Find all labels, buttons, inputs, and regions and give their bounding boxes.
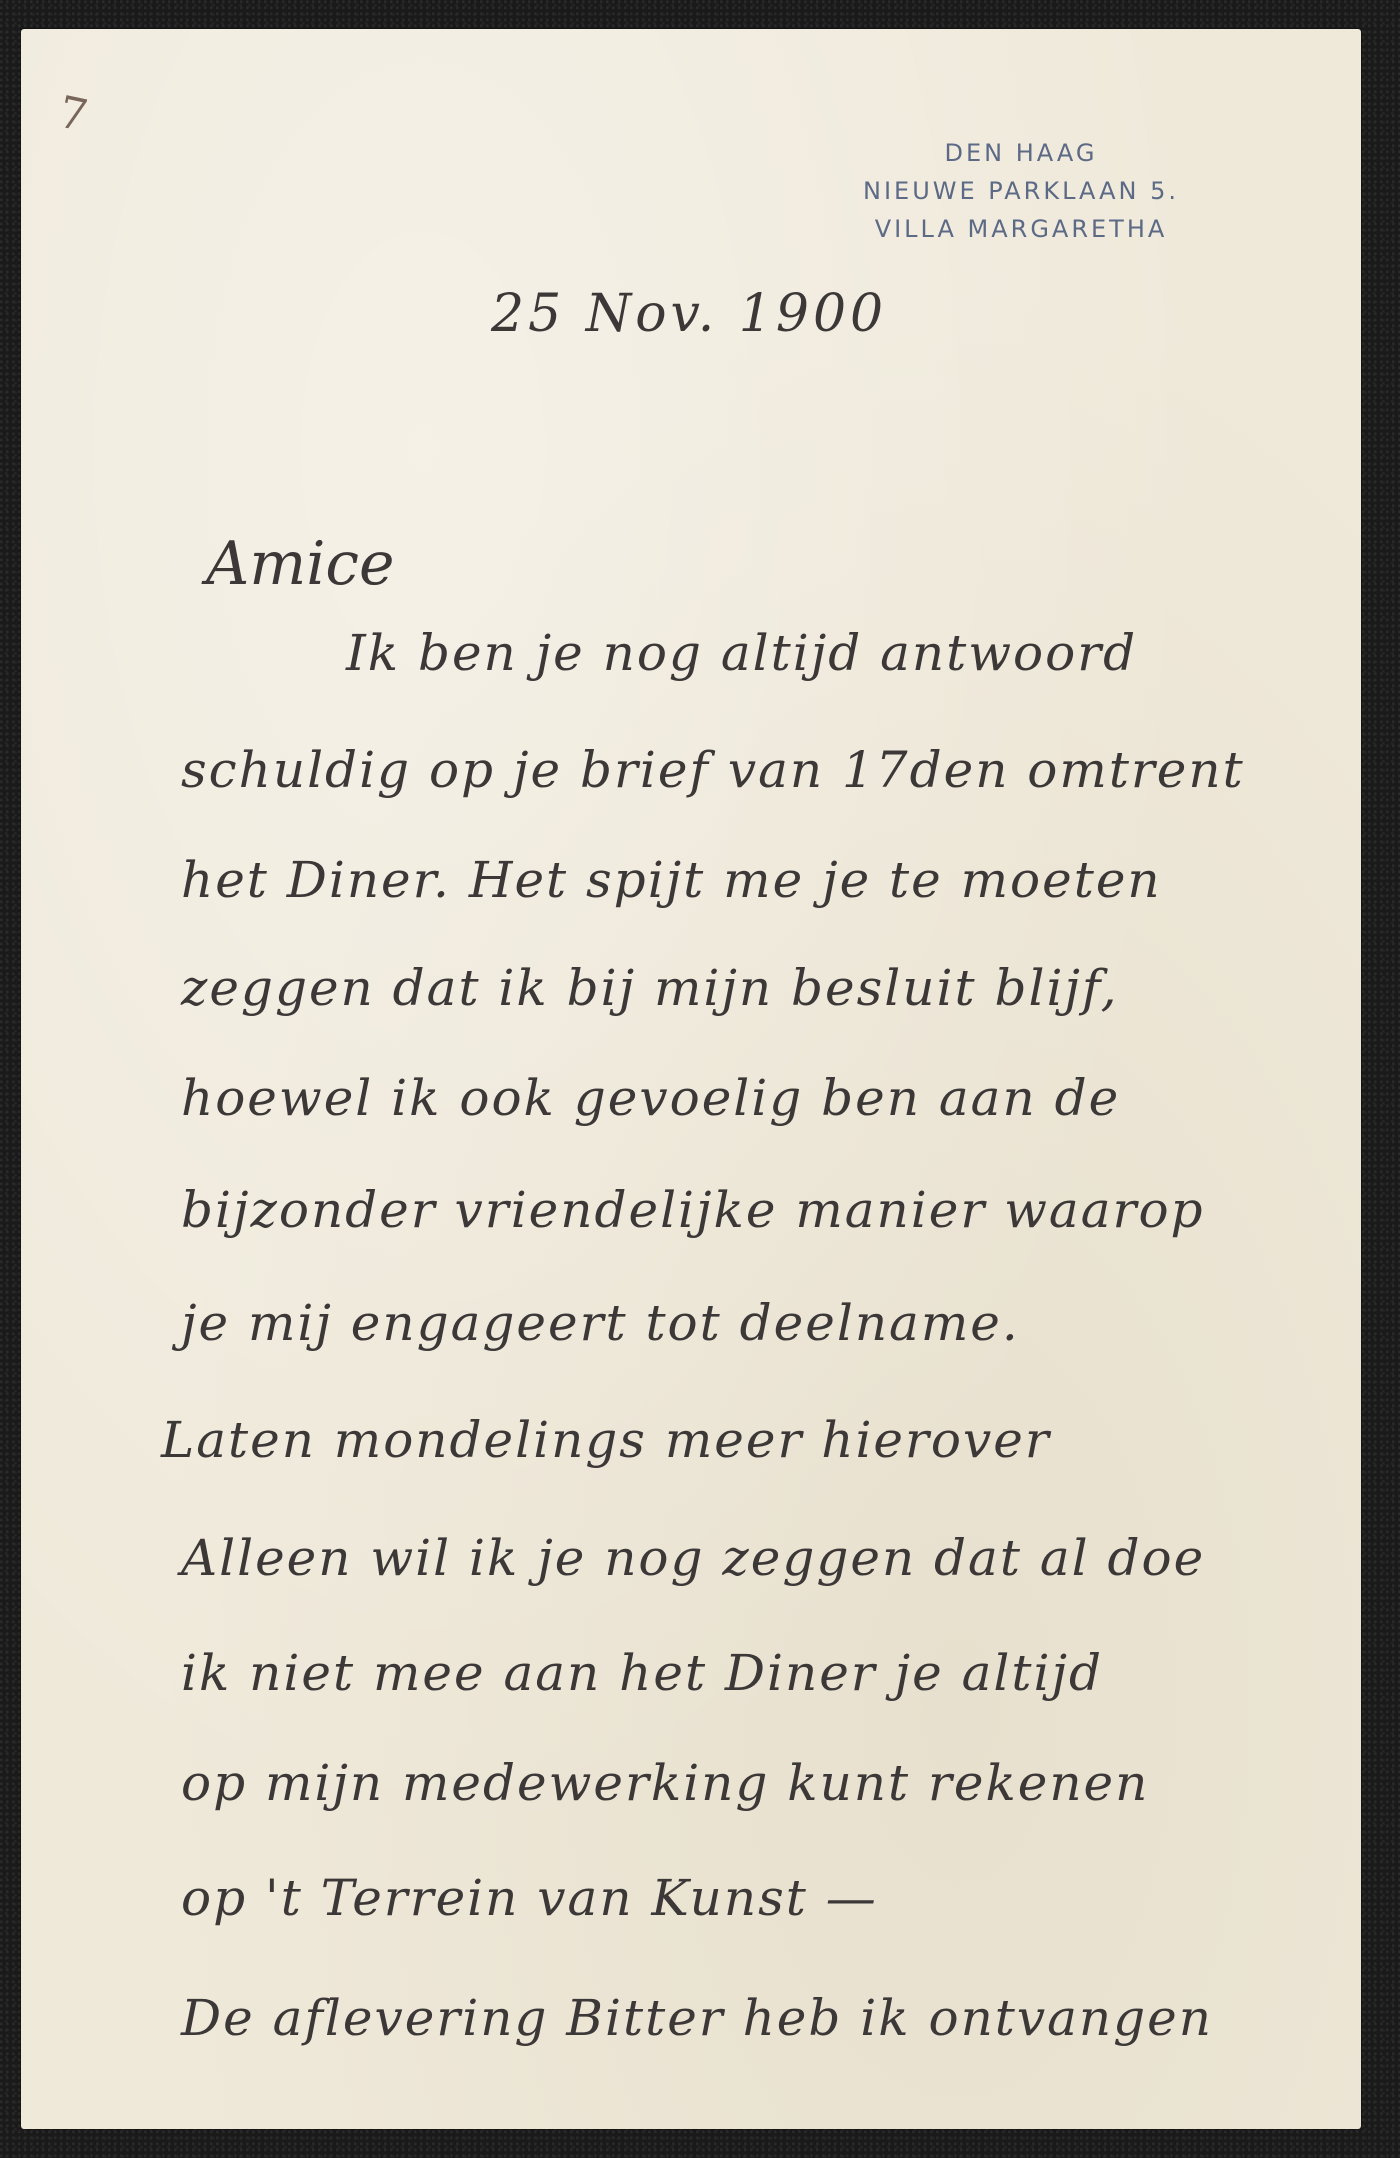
body-line-11: op mijn medewerking kunt rekenen <box>181 1754 1149 1812</box>
body-line-7: je mij engageert tot deelname. <box>181 1294 1020 1352</box>
body-line-3: het Diner. Het spijt me je te moeten <box>181 851 1162 909</box>
letter-sheet: 7 DEN HAAG NIEUWE PARKLAAN 5. VILLA MARG… <box>21 29 1361 2129</box>
body-line-1: Ik ben je nog altijd antwoord <box>346 624 1137 682</box>
body-line-10: ik niet mee aan het Diner je altijd <box>181 1644 1103 1702</box>
body-line-8: Laten mondelings meer hierover <box>161 1411 1051 1469</box>
letterhead-street: NIEUWE PARKLAAN 5. <box>811 172 1231 210</box>
letterhead-stamp: DEN HAAG NIEUWE PARKLAAN 5. VILLA MARGAR… <box>811 134 1231 248</box>
body-line-12: op 't Terrein van Kunst — <box>181 1869 878 1927</box>
body-line-2: schuldig op je brief van 17den omtrent <box>181 741 1245 799</box>
body-line-5: hoewel ik ook gevoelig ben aan de <box>181 1069 1120 1127</box>
letterhead-villa: VILLA MARGARETHA <box>811 210 1231 248</box>
body-line-6: bijzonder vriendelijke manier waarop <box>181 1181 1205 1239</box>
letter-date: 25 Nov. 1900 <box>491 284 887 344</box>
body-line-4: zeggen dat ik bij mijn besluit blijf, <box>181 959 1119 1017</box>
letterhead-city: DEN HAAG <box>811 134 1231 172</box>
body-line-13: De aflevering Bitter heb ik ontvangen <box>181 1989 1213 2047</box>
body-line-9: Alleen wil ik je nog zeggen dat al doe <box>181 1529 1205 1587</box>
archive-corner-mark: 7 <box>54 87 92 143</box>
letter-salutation: Amice <box>206 529 395 599</box>
